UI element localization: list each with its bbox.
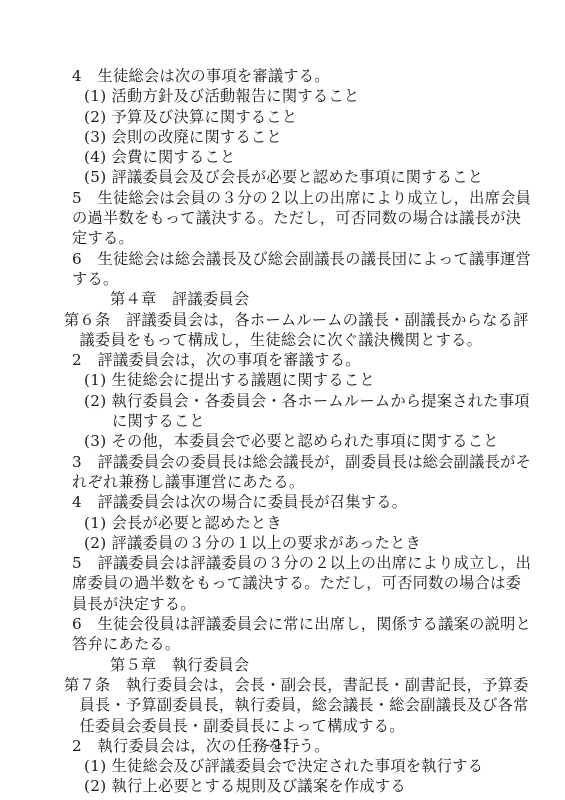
clause-6-chairs: 6 生徒総会は総会議長及び総会副議長の議長団によって議事運営 — [64, 249, 506, 269]
clause-3-chairman: 3 評議委員会の委員長は総会議長が，副委員長は総会副議長がそ — [64, 452, 506, 472]
list-item: (1) 活動方針及び活動報告に関すること — [64, 86, 506, 106]
clause-5-quorum: 5 評議委員会は評議委員の３分の２以上の出席により成立し，出 — [64, 553, 506, 573]
clause-continuation: 答弁にあたる。 — [64, 634, 506, 654]
clause-continuation: れぞれ兼務し議事運営にあたる。 — [64, 472, 506, 492]
article-6: 第６条 評議委員会は，各ホームルームの議長・副議長からなる評 — [64, 310, 506, 330]
article-continuation: 任委員会委員長・副委員長によって構成する。 — [64, 716, 506, 736]
clause-5-quorum: 5 生徒総会は会員の３分の２以上の出席により成立し，出席会員 — [64, 188, 506, 208]
list-item: (1) 会長が必要と認めたとき — [64, 513, 506, 533]
clause-6-officers: 6 生徒会役員は評議委員会に常に出席し，関係する議案の説明と — [64, 614, 506, 634]
list-item: (5) 評議委員会及び会長が必要と認めた事項に関すること — [64, 167, 506, 187]
list-item: (2) 予算及び決算に関すること — [64, 107, 506, 127]
list-item: (3) 会則の改廃に関すること — [64, 127, 506, 147]
list-item: (2) 執行上必要とする規則及び議案を作成する — [64, 776, 506, 796]
clause-continuation: する。 — [64, 269, 506, 289]
article-7: 第７条 執行委員会は，会長・副会長，書記長・副書記長，予算委 — [64, 675, 506, 695]
page-number: - 11 - — [0, 738, 565, 753]
clause-continuation: の過半数をもって議決する。ただし，可否同数の場合は議長が決 — [64, 208, 506, 228]
chapter-4-heading: 第４章 評議委員会 — [64, 289, 506, 309]
chapter-5-heading: 第５章 執行委員会 — [64, 655, 506, 675]
clause-continuation: 席委員の過半数をもって議決する。ただし，可否同数の場合は委 — [64, 573, 506, 593]
clause-continuation: 員長が決定する。 — [64, 594, 506, 614]
list-item: (2) 評議委員の３分の１以上の要求があったとき — [64, 533, 506, 553]
article-continuation: 議委員をもって構成し，生徒総会に次ぐ議決機関とする。 — [64, 330, 506, 350]
article-continuation: 員長・予算副委員長，執行委員，総会議長・総会副議長及び各常 — [64, 695, 506, 715]
list-item: (1) 生徒総会及び評議委員会で決定された事項を執行する — [64, 756, 506, 776]
clause-2-deliberation: 2 評議委員会は，次の事項を審議する。 — [64, 350, 506, 370]
list-item-continuation: に関すること — [64, 411, 506, 431]
list-item: (2) 執行委員会・各委員会・各ホームルームから提案された事項 — [64, 391, 506, 411]
clause-continuation: 定する。 — [64, 228, 506, 248]
clause-4-general-assembly: 4 生徒総会は次の事項を審議する。 — [64, 66, 506, 86]
clause-4-convening: 4 評議委員会は次の場合に委員長が召集する。 — [64, 492, 506, 512]
document-page: 4 生徒総会は次の事項を審議する。 (1) 活動方針及び活動報告に関すること (… — [0, 0, 565, 800]
list-item: (1) 生徒総会に提出する議題に関すること — [64, 370, 506, 390]
list-item: (4) 会費に関すること — [64, 147, 506, 167]
document-body: 4 生徒総会は次の事項を審議する。 (1) 活動方針及び活動報告に関すること (… — [64, 66, 506, 797]
list-item: (3) その他，本委員会で必要と認められた事項に関すること — [64, 431, 506, 451]
